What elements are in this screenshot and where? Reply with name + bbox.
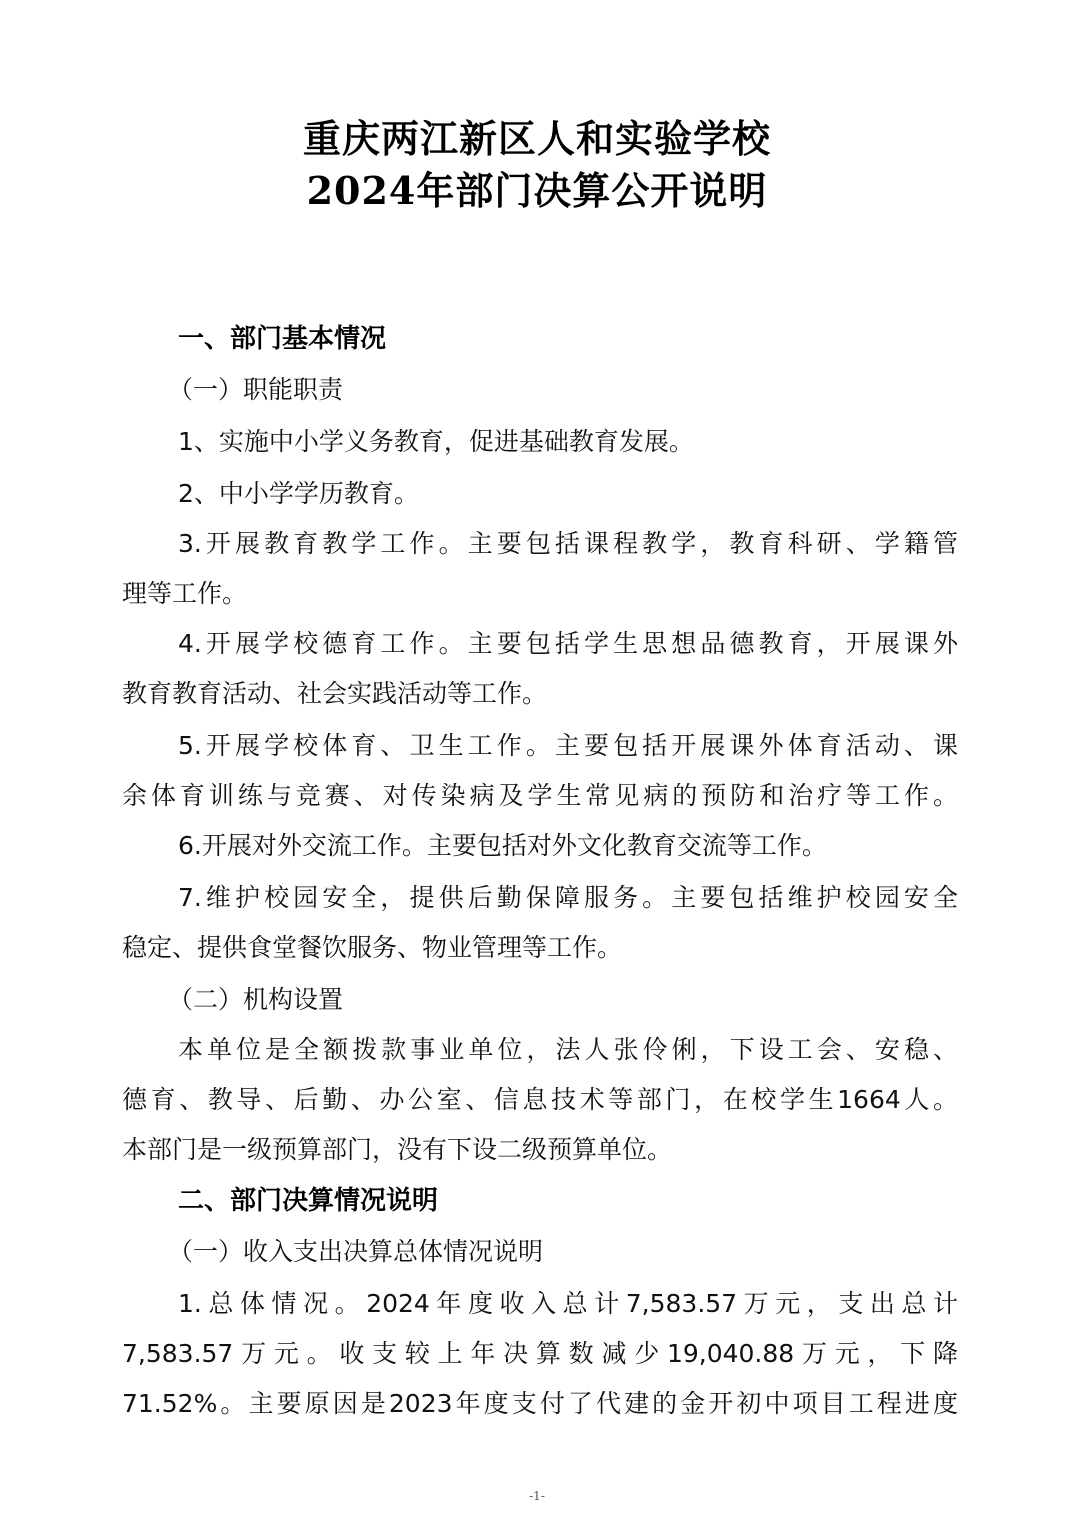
paragraph-line: 德育、教导、后勤、办公室、信息技术等部门，在校学生1664人。 <box>122 1080 958 1116</box>
section-heading-final-accounts: 二、部门决算情况说明 <box>178 1180 1014 1217</box>
subsection-heading-functions: （一）职能职责 <box>168 370 1004 406</box>
paragraph-line: 2、中小学学历教育。 <box>178 474 1014 510</box>
paragraph-line: 理等工作。 <box>122 574 958 610</box>
page-number: -1- <box>0 1489 1074 1503</box>
paragraph-line: 本单位是全额拨款事业单位，法人张伶俐，下设工会、安稳、 <box>178 1030 958 1066</box>
paragraph-line: 稳定、提供食堂餐饮服务、物业管理等工作。 <box>122 928 958 964</box>
paragraph-line: 7,583.57万元。收支较上年决算数减少19,040.88万元，下降 <box>122 1334 958 1370</box>
subsection-heading-income-expense: （一）收入支出决算总体情况说明 <box>168 1232 1004 1268</box>
subsection-heading-organization: （二）机构设置 <box>168 980 1004 1016</box>
paragraph-line: 教育教育活动、社会实践活动等工作。 <box>122 674 958 710</box>
paragraph-line: 4.开展学校德育工作。主要包括学生思想品德教育，开展课外 <box>178 624 958 660</box>
paragraph-line: 7.维护校园安全，提供后勤保障服务。主要包括维护校园安全 <box>178 878 958 914</box>
paragraph-line: 1、实施中小学义务教育，促进基础教育发展。 <box>178 422 1014 458</box>
paragraph-line: 3.开展教育教学工作。主要包括课程教学，教育科研、学籍管 <box>178 524 958 560</box>
paragraph-line: 本部门是一级预算部门，没有下设二级预算单位。 <box>122 1130 958 1166</box>
paragraph-line: 71.52%。主要原因是2023年度支付了代建的金开初中项目工程进度 <box>122 1384 958 1420</box>
section-heading-basic-info: 一、部门基本情况 <box>178 318 1014 355</box>
paragraph-line: 1.总体情况。2024年度收入总计7,583.57万元，支出总计 <box>178 1284 958 1320</box>
paragraph-line: 余体育训练与竞赛、对传染病及学生常见病的预防和治疗等工作。 <box>122 776 958 812</box>
paragraph-line: 5.开展学校体育、卫生工作。主要包括开展课外体育活动、课 <box>178 726 958 762</box>
document-title-line1: 重庆两江新区人和实验学校 <box>0 108 1074 163</box>
paragraph-line: 6.开展对外交流工作。主要包括对外文化教育交流等工作。 <box>178 826 1014 862</box>
document-title-line2: 2024年部门决算公开说明 <box>0 160 1074 215</box>
